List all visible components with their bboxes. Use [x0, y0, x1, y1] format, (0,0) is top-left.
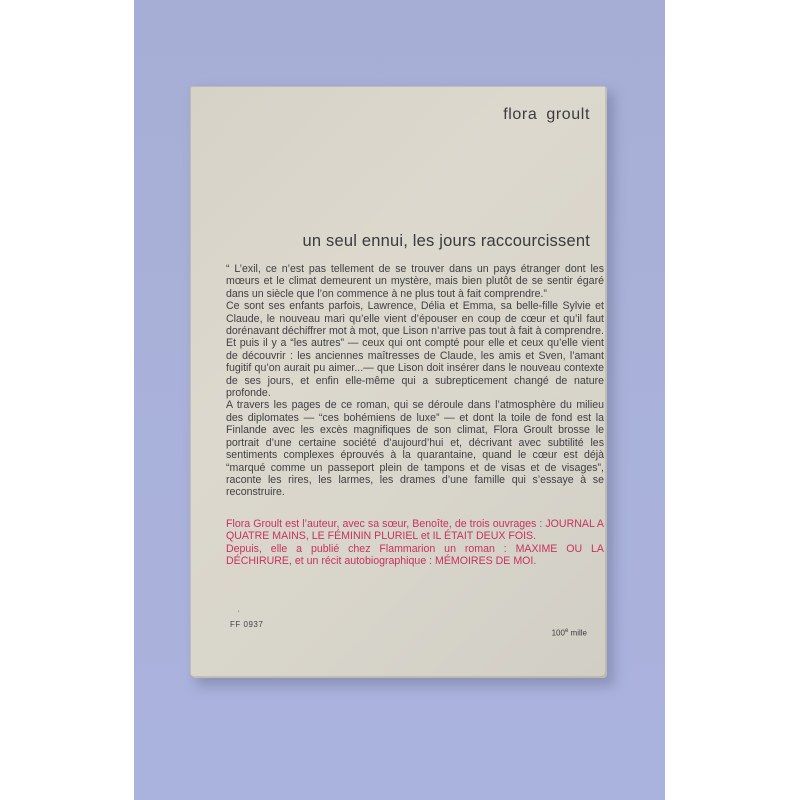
blurb-paragraph: A travers les pages de ce roman, qui se … — [226, 399, 604, 498]
bio-paragraph: Depuis, elle a publié chez Flammarion un… — [226, 543, 604, 568]
printing-run: 100e mille — [552, 628, 587, 638]
printing-word: mille — [571, 629, 587, 638]
catalog-code: FF 0937 — [230, 620, 263, 629]
blurb-paragraph: Ce sont ses enfants parfois, Lawrence, D… — [226, 300, 604, 399]
blurb-quote: “ L’exil, ce n’est pas tellement de se t… — [226, 263, 604, 300]
printing-superscript: e — [565, 628, 568, 634]
author-name: flora groult — [503, 106, 590, 124]
printing-number: 100 — [552, 629, 565, 638]
blurb-text: “ L’exil, ce n’est pas tellement de se t… — [226, 263, 604, 499]
book-title: un seul ennui, les jours raccourcissent — [302, 232, 590, 251]
book-back-cover: flora groult un seul ennui, les jours ra… — [190, 86, 607, 678]
ink-mark: ʻ — [238, 611, 240, 618]
bio-paragraph: Flora Groult est l’auteur, avec sa sœur,… — [226, 518, 604, 543]
author-bio: Flora Groult est l’auteur, avec sa sœur,… — [226, 518, 604, 568]
